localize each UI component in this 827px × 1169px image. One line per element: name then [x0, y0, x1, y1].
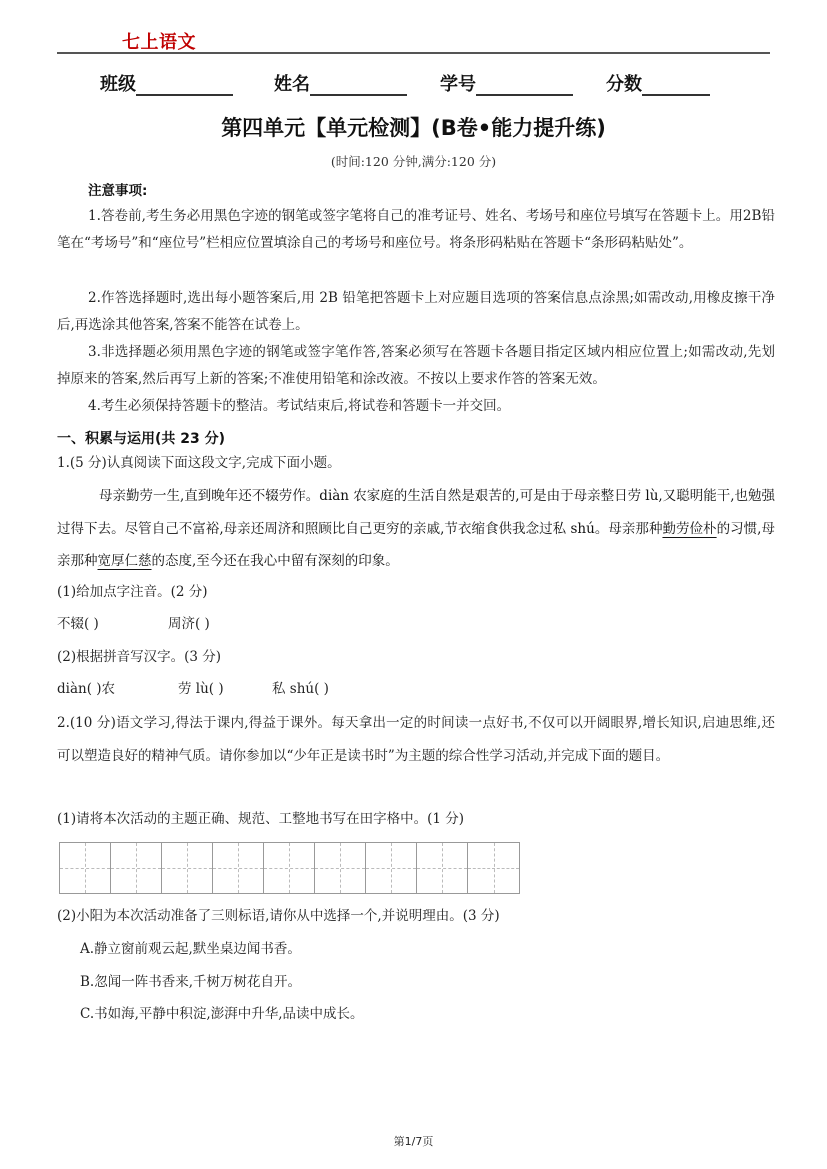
option-c: C.书如海,平静中积淀,澎湃中升华,品读中成长。 [80, 1001, 364, 1028]
info-label: 班级 [100, 74, 136, 95]
student-info-row: 班级 姓名 学号 分数 [100, 70, 740, 96]
info-field-name: 姓名 [274, 70, 407, 96]
question-1-stem: 1.(5 分)认真阅读下面这段文字,完成下面小题。 [57, 450, 341, 477]
passage-text: 的态度,至今还在我心中留有深刻的印象。 [152, 553, 399, 569]
answer-blank[interactable]: 私 shú( ) [272, 676, 329, 703]
answer-blank[interactable]: 劳 lù( ) [178, 676, 224, 703]
grid-cell[interactable] [264, 843, 315, 893]
info-label: 学号 [440, 74, 476, 95]
info-blank[interactable] [476, 76, 573, 96]
grid-cell[interactable] [60, 843, 111, 893]
section-heading: 一、积累与运用(共 23 分) [57, 428, 225, 448]
info-field-class: 班级 [100, 70, 233, 96]
page-title: 第四单元【单元检测】(B卷•能力提升练) [0, 112, 827, 142]
grid-cell[interactable] [213, 843, 264, 893]
grid-cell[interactable] [468, 843, 519, 893]
tian-zi-grid[interactable] [59, 842, 520, 894]
underlined-phrase: 勤劳俭朴 [662, 521, 716, 537]
notice-item: 4.考生必须保持答题卡的整洁。考试结束后,将试卷和答题卡一并交回。 [57, 393, 775, 420]
info-label: 分数 [606, 74, 642, 95]
sub-question-prompt: (1)请将本次活动的主题正确、规范、工整地书写在田字格中。(1 分) [57, 806, 464, 833]
option-b: B.忽闻一阵书香来,千树万树花自开。 [80, 969, 301, 996]
info-blank[interactable] [310, 76, 407, 96]
page-number: 第1/7页 [0, 1133, 827, 1149]
info-blank[interactable] [136, 76, 233, 96]
info-label: 姓名 [274, 74, 310, 95]
grid-cell[interactable] [111, 843, 162, 893]
header-label: 七上语文 [122, 28, 196, 54]
grid-cell[interactable] [417, 843, 468, 893]
answer-blank[interactable]: 周济( ) [168, 611, 210, 638]
info-field-student-id: 学号 [440, 70, 573, 96]
header-divider [57, 52, 770, 54]
notice-item: 1.答卷前,考生务必用黑色字迹的钢笔或签字笔将自己的准考证号、姓名、考场号和座位… [57, 203, 775, 257]
sub-question-prompt: (1)给加点字注音。(2 分) [57, 579, 208, 606]
info-blank[interactable] [642, 76, 710, 96]
sub-question-prompt: (2)根据拼音写汉字。(3 分) [57, 644, 221, 671]
grid-cell[interactable] [315, 843, 366, 893]
option-a: A.静立窗前观云起,默坐桌边闻书香。 [80, 936, 301, 963]
answer-blank[interactable]: diàn( )农 [57, 676, 115, 703]
answer-blank[interactable]: 不辍( ) [57, 611, 99, 638]
exam-duration-note: (时间:120 分钟,满分:120 分) [0, 152, 827, 170]
underlined-phrase: 宽厚仁慈 [98, 553, 152, 569]
reading-passage: 母亲勤劳一生,直到晚年还不辍劳作。diàn 农家庭的生活自然是艰苦的,可是由于母… [57, 480, 775, 578]
grid-cell[interactable] [162, 843, 213, 893]
notice-item: 2.作答选择题时,选出每小题答案后,用 2B 铅笔把答题卡上对应题目选项的答案信… [57, 285, 775, 339]
notice-heading: 注意事项: [88, 179, 147, 199]
sub-question-prompt: (2)小阳为本次活动准备了三则标语,请你从中选择一个,并说明理由。(3 分) [57, 903, 500, 930]
info-field-score: 分数 [606, 70, 710, 96]
notice-item: 3.非选择题必须用黑色字迹的钢笔或签字笔作答,答案必须写在答题卡各题目指定区域内… [57, 339, 775, 393]
question-2-stem: 2.(10 分)语文学习,得法于课内,得益于课外。每天拿出一定的时间读一点好书,… [57, 707, 775, 772]
grid-cell[interactable] [366, 843, 417, 893]
